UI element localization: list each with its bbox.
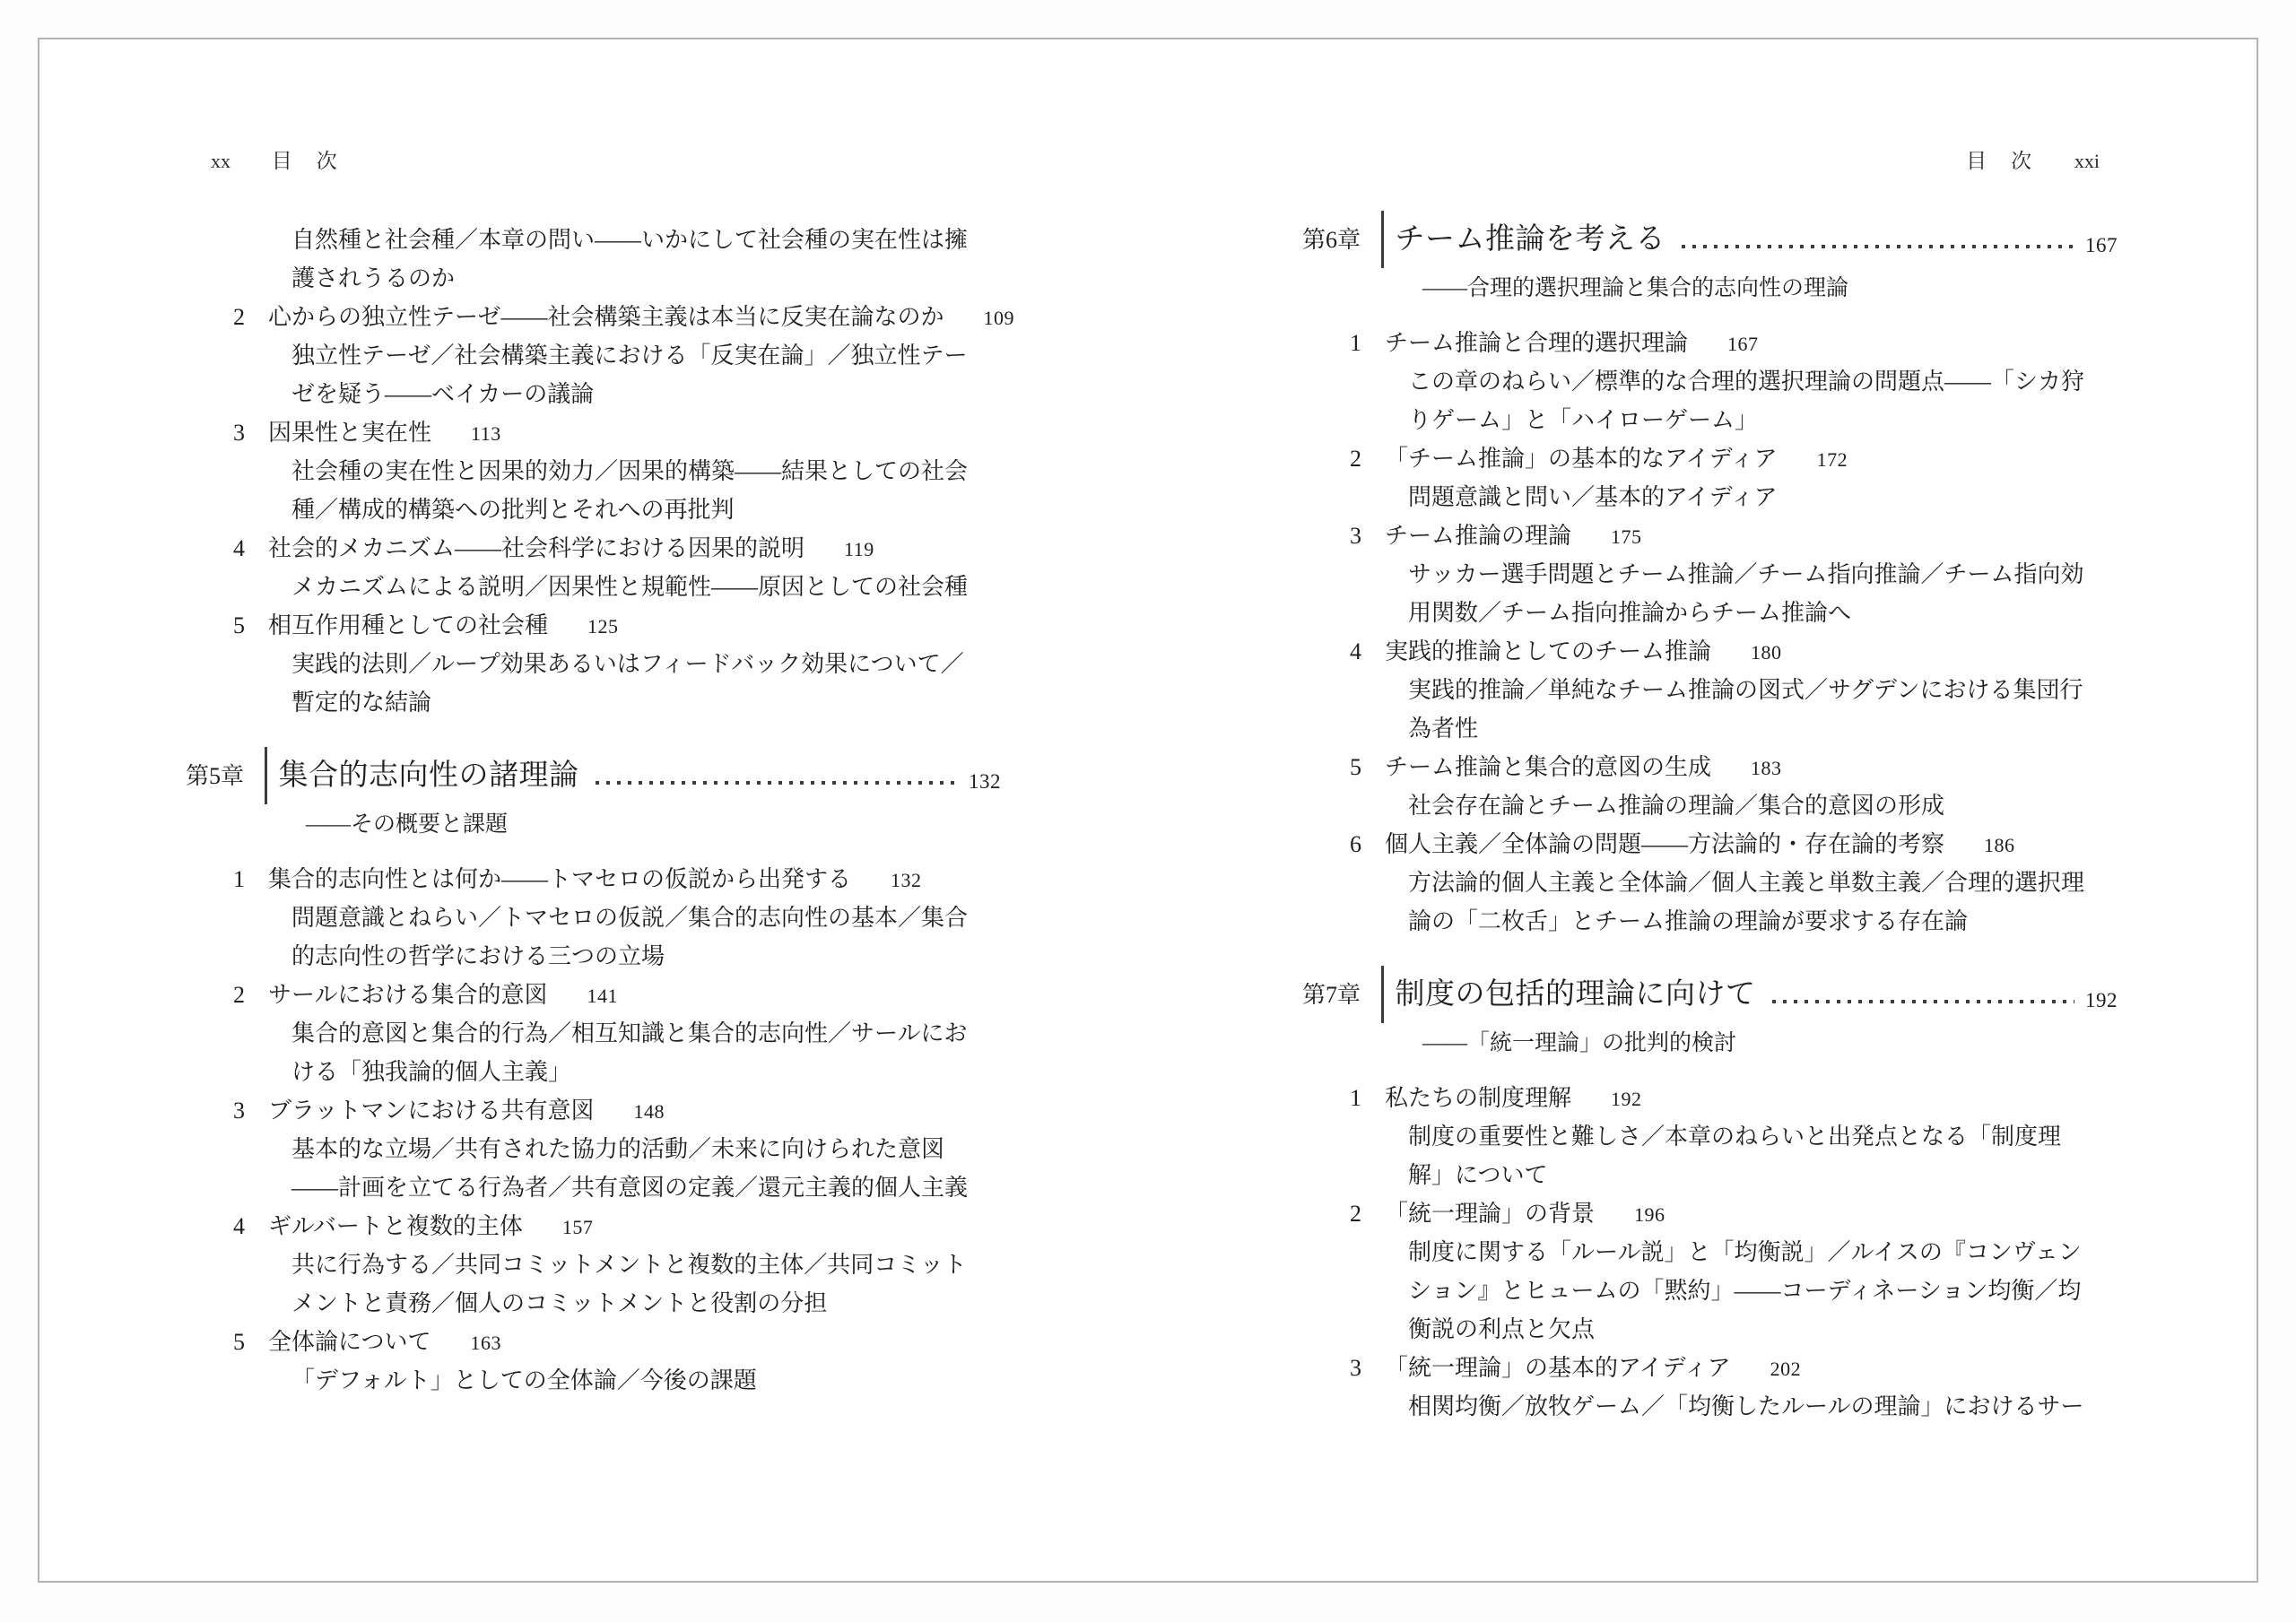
page-header-left: xx 目 次 — [186, 148, 1024, 175]
toc-sub-entry: メントと責務／個人のコミットメントと役割の分担 — [186, 1284, 1024, 1323]
item-number: 4 — [233, 1207, 268, 1245]
item-page-number: 196 — [1634, 1203, 1665, 1226]
item-number: 5 — [233, 1323, 268, 1361]
item-title: 社会的メカニズム——社会科学における因果的説明 — [268, 535, 804, 561]
sub-entry-text: この章のねらい／標準的な合理的選択理論の問題点——「シカ狩 — [1408, 369, 2084, 395]
toc-item: 1集合的志向性とは何か——トマセロの仮説から出発する132 — [186, 860, 1024, 898]
toc-sub-entry: 自然種と社会種／本章の問い——いかにして社会種の実在性は擁 — [186, 221, 1024, 259]
toc-item: 2「チーム推論」の基本的なアイディア172 — [1302, 439, 2141, 478]
item-title: ギルバートと複数的主体 — [268, 1213, 523, 1239]
item-page-number: 119 — [844, 538, 874, 560]
toc-sub-entry: りゲーム」と「ハイローゲーム」 — [1302, 401, 2141, 439]
sub-entry-text: 暫定的な結論 — [291, 690, 431, 716]
item-title: 全体論について — [268, 1329, 430, 1355]
toc-sub-entry: 集合的意図と集合的行為／相互知識と集合的志向性／サールにお — [186, 1014, 1024, 1053]
item-title: 私たちの制度理解 — [1385, 1085, 1571, 1111]
toc-item: 2心からの独立性テーゼ——社会構築主義は本当に反実在論なのか109 — [186, 298, 1024, 336]
dot-leader — [596, 781, 959, 785]
toc-item: 4ギルバートと複数的主体157 — [186, 1207, 1024, 1245]
item-title: サールにおける集合的意図 — [268, 982, 547, 1008]
toc-sub-entry: 社会存在論とチーム推論の理論／集合的意図の形成 — [1302, 786, 2141, 825]
toc-sub-entry: 制度の重要性と難しさ／本章のねらいと出発点となる「制度理 — [1302, 1117, 2141, 1156]
item-number: 4 — [233, 529, 268, 568]
item-number: 5 — [1350, 748, 1385, 786]
chapter-page-number: 192 — [2085, 981, 2118, 1020]
chapter-title: 制度の包括的理論に向けて — [1396, 976, 1756, 1014]
toc-sub-entry: 方法論的個人主義と全体論／個人主義と単数主義／合理的選択理 — [1302, 864, 2141, 902]
sub-entry-text: 実践的法則／ループ効果あるいはフィードバック効果について／ — [291, 651, 964, 677]
item-page-number: 175 — [1611, 525, 1642, 548]
item-number: 3 — [233, 413, 268, 452]
item-page-number: 192 — [1611, 1088, 1642, 1110]
toc-sub-entry: ゼを疑う——ベイカーの議論 — [186, 375, 1024, 413]
item-title: 「統一理論」の基本的アイディア — [1385, 1355, 1731, 1381]
toc-sub-entry: 的志向性の哲学における三つの立場 — [186, 937, 1024, 976]
item-number: 4 — [1350, 632, 1385, 671]
item-page-number: 141 — [587, 985, 618, 1007]
item-page-number: 113 — [471, 422, 501, 445]
book-spread: xx 目 次 自然種と社会種／本章の問い——いかにして社会種の実在性は擁護されう… — [0, 0, 2296, 1623]
sub-entry-text: 的志向性の哲学における三つの立場 — [291, 943, 665, 969]
toc-sub-entry: ける「独我論的個人主義」 — [186, 1053, 1024, 1091]
chapter-heading: 第7章制度の包括的理論に向けて192 — [1302, 966, 2141, 1023]
toc-sub-entry: 「デフォルト」としての全体論／今後の課題 — [186, 1361, 1024, 1400]
chapter-heading: 第6章チーム推論を考える167 — [1302, 211, 2141, 268]
sub-entry-text: 問題意識と問い／基本的アイディア — [1408, 484, 1778, 510]
sub-entry-text: 為者性 — [1408, 716, 1478, 742]
page-header-right: 目 次 xxi — [1302, 148, 2141, 175]
toc-item: 2サールにおける集合的意図141 — [186, 976, 1024, 1014]
chapter-heading: 第5章集合的志向性の諸理論132 — [186, 747, 1024, 804]
item-page-number: 109 — [983, 307, 1014, 329]
toc-item: 3チーム推論の理論175 — [1302, 516, 2141, 555]
toc-sub-entry: 実践的推論／単純なチーム推論の図式／サグデンにおける集団行 — [1302, 671, 2141, 709]
toc-sub-entry: 相関均衡／放牧ゲーム／「均衡したルールの理論」におけるサー — [1302, 1387, 2141, 1426]
toc-sub-entry: 衡説の利点と欠点 — [1302, 1310, 2141, 1349]
item-number: 1 — [1350, 1079, 1385, 1117]
item-page-number: 132 — [891, 869, 922, 891]
chapter-number-label: 第7章 — [1302, 976, 1381, 1014]
sub-entry-text: ゼを疑う——ベイカーの議論 — [291, 381, 594, 407]
dot-leader — [1682, 245, 2074, 248]
chapter-subtitle: ——「統一理論」の批判的検討 — [1302, 1023, 2141, 1064]
sub-entry-text: 社会種の実在性と因果的効力／因果的構築——結果としての社会 — [291, 458, 968, 484]
toc-item: 5全体論について163 — [186, 1323, 1024, 1361]
toc-entries-left: 自然種と社会種／本章の問い——いかにして社会種の実在性は擁護されうるのか2心から… — [186, 221, 1024, 1400]
item-title: チーム推論の理論 — [1385, 523, 1571, 549]
sub-entry-text: 護されうるのか — [291, 265, 455, 291]
sub-entry-text: 論の「二枚舌」とチーム推論の理論が要求する存在論 — [1408, 908, 1968, 934]
toc-item: 4社会的メカニズム——社会科学における因果的説明119 — [186, 529, 1024, 568]
toc-item: 3因果性と実在性113 — [186, 413, 1024, 452]
item-number: 2 — [233, 298, 268, 336]
item-page-number: 157 — [562, 1216, 594, 1238]
item-title: 個人主義／全体論の問題——方法論的・存在論的考察 — [1385, 831, 1944, 857]
toc-item: 5相互作用種としての社会種125 — [186, 606, 1024, 645]
toc-item: 1チーム推論と合理的選択理論167 — [1302, 324, 2141, 362]
item-number: 3 — [1350, 1349, 1385, 1387]
item-page-number: 183 — [1751, 757, 1782, 779]
item-page-number: 186 — [1984, 834, 2015, 856]
toc-page-left: xx 目 次 自然種と社会種／本章の問い——いかにして社会種の実在性は擁護されう… — [186, 148, 1024, 1400]
sub-entry-text: 集合的意図と集合的行為／相互知識と集合的志向性／サールにお — [291, 1020, 967, 1046]
toc-item: 5チーム推論と集合的意図の生成183 — [1302, 748, 2141, 786]
chapter-subtitle: ——その概要と課題 — [186, 804, 1024, 846]
chapter-number-label: 第6章 — [1302, 221, 1381, 259]
sub-entry-text: 用関数／チーム指向推論からチーム推論へ — [1408, 600, 1851, 626]
item-number: 3 — [233, 1091, 268, 1130]
chapter-divider-bar — [1381, 211, 1384, 268]
item-title: 「統一理論」の背景 — [1385, 1201, 1595, 1227]
item-title: 因果性と実在性 — [268, 420, 431, 446]
item-number: 3 — [1350, 516, 1385, 555]
item-page-number: 172 — [1817, 448, 1848, 471]
item-number: 6 — [1350, 825, 1385, 864]
item-number: 2 — [233, 976, 268, 1014]
chapter-subtitle-text: ——その概要と課題 — [306, 812, 508, 837]
item-title: チーム推論と合理的選択理論 — [1385, 330, 1688, 356]
item-page-number: 148 — [633, 1100, 665, 1123]
toc-sub-entry: 用関数／チーム指向推論からチーム推論へ — [1302, 594, 2141, 632]
item-title: 集合的志向性とは何か——トマセロの仮説から出発する — [268, 866, 851, 892]
toc-entries-right: 第6章チーム推論を考える167——合理的選択理論と集合的志向性の理論1チーム推論… — [1302, 211, 2141, 1426]
toc-sub-entry: 種／構成的構築への批判とそれへの再批判 — [186, 490, 1024, 529]
folio-number: xx — [211, 150, 230, 172]
item-title: チーム推論と集合的意図の生成 — [1385, 754, 1711, 780]
sub-entry-text: 自然種と社会種／本章の問い——いかにして社会種の実在性は擁 — [291, 227, 968, 253]
toc-sub-entry: 為者性 — [1302, 709, 2141, 748]
chapter-subtitle-text: ——「統一理論」の批判的検討 — [1422, 1031, 1736, 1055]
toc-sub-entry: 暫定的な結論 — [186, 683, 1024, 722]
toc-sub-entry: 基本的な立場／共有された協力的活動／未来に向けられた意図 — [186, 1130, 1024, 1168]
sub-entry-text: 独立性テーゼ／社会構築主義における「反実在論」／独立性テー — [291, 343, 967, 369]
sub-entry-text: 「デフォルト」としての全体論／今後の課題 — [291, 1367, 757, 1393]
chapter-title: 集合的志向性の諸理論 — [279, 757, 579, 795]
toc-sub-entry: ション』とヒュームの「黙約」——コーディネーション均衡／均 — [1302, 1271, 2141, 1310]
chapter-divider-bar — [1381, 966, 1384, 1023]
item-page-number: 163 — [470, 1332, 501, 1354]
toc-item: 3「統一理論」の基本的アイディア202 — [1302, 1349, 2141, 1387]
sub-entry-text: メカニズムによる説明／因果性と規範性——原因としての社会種 — [291, 574, 968, 600]
toc-sub-entry: 論の「二枚舌」とチーム推論の理論が要求する存在論 — [1302, 902, 2141, 941]
chapter-subtitle: ——合理的選択理論と集合的志向性の理論 — [1302, 268, 2141, 309]
item-page-number: 125 — [587, 615, 619, 638]
toc-sub-entry: メカニズムによる説明／因果性と規範性——原因としての社会種 — [186, 568, 1024, 606]
toc-sub-entry: ——計画を立てる行為者／共有意図の定義／還元主義的個人主義 — [186, 1168, 1024, 1207]
header-title: 目 次 — [1966, 150, 2033, 172]
sub-entry-text: サッカー選手問題とチーム推論／チーム指向推論／チーム指向効 — [1408, 561, 2083, 587]
sub-entry-text: 衡説の利点と欠点 — [1408, 1316, 1595, 1342]
item-number: 1 — [233, 860, 268, 898]
chapter-page-number: 167 — [2085, 226, 2118, 265]
sub-entry-text: ション』とヒュームの「黙約」——コーディネーション均衡／均 — [1408, 1278, 2081, 1304]
sub-entry-text: 方法論的個人主義と全体論／個人主義と単数主義／合理的選択理 — [1408, 870, 2084, 896]
sub-entry-text: 制度に関する「ルール説」と「均衡説」／ルイスの『コンヴェン — [1408, 1239, 2082, 1265]
chapter-number-label: 第5章 — [186, 757, 265, 795]
item-number: 1 — [1350, 324, 1385, 362]
toc-sub-entry: この章のねらい／標準的な合理的選択理論の問題点——「シカ狩 — [1302, 362, 2141, 401]
item-number: 5 — [233, 606, 268, 645]
toc-item: 6個人主義／全体論の問題——方法論的・存在論的考察186 — [1302, 825, 2141, 864]
toc-sub-entry: 問題意識と問い／基本的アイディア — [1302, 478, 2141, 516]
item-title: 「チーム推論」の基本的なアイディア — [1385, 446, 1778, 472]
sub-entry-text: 種／構成的構築への批判とそれへの再批判 — [291, 497, 734, 523]
sub-entry-text: 基本的な立場／共有された協力的活動／未来に向けられた意図 — [291, 1136, 944, 1162]
sub-entry-text: 制度の重要性と難しさ／本章のねらいと出発点となる「制度理 — [1408, 1124, 2061, 1150]
toc-page-right: 目 次 xxi 第6章チーム推論を考える167——合理的選択理論と集合的志向性の… — [1302, 148, 2141, 1426]
dot-leader — [1772, 1000, 2075, 1003]
toc-item: 4実践的推論としてのチーム推論180 — [1302, 632, 2141, 671]
sub-entry-text: ける「独我論的個人主義」 — [291, 1059, 571, 1085]
item-title: 心からの独立性テーゼ——社会構築主義は本当に反実在論なのか — [268, 304, 944, 330]
toc-sub-entry: 護されうるのか — [186, 259, 1024, 298]
toc-item: 3ブラットマンにおける共有意図148 — [186, 1091, 1024, 1130]
page-sheet: xx 目 次 自然種と社会種／本章の問い——いかにして社会種の実在性は擁護されう… — [38, 38, 2258, 1583]
toc-sub-entry: 共に行為する／共同コミットメントと複数的主体／共同コミット — [186, 1245, 1024, 1284]
sub-entry-text: 共に行為する／共同コミットメントと複数的主体／共同コミット — [291, 1252, 967, 1278]
item-number: 2 — [1350, 439, 1385, 478]
toc-item: 2「統一理論」の背景196 — [1302, 1194, 2141, 1233]
sub-entry-text: 実践的推論／単純なチーム推論の図式／サグデンにおける集団行 — [1408, 677, 2083, 703]
chapter-divider-bar — [265, 747, 267, 804]
chapter-subtitle-text: ——合理的選択理論と集合的志向性の理論 — [1422, 276, 1848, 300]
toc-item: 1私たちの制度理解192 — [1302, 1079, 2141, 1117]
toc-sub-entry: 独立性テーゼ／社会構築主義における「反実在論」／独立性テー — [186, 336, 1024, 375]
sub-entry-text: りゲーム」と「ハイローゲーム」 — [1408, 407, 1758, 433]
toc-sub-entry: 実践的法則／ループ効果あるいはフィードバック効果について／ — [186, 645, 1024, 683]
toc-sub-entry: 問題意識とねらい／トマセロの仮説／集合的志向性の基本／集合 — [186, 898, 1024, 937]
sub-entry-text: 問題意識とねらい／トマセロの仮説／集合的志向性の基本／集合 — [291, 905, 968, 931]
sub-entry-text: ——計画を立てる行為者／共有意図の定義／還元主義的個人主義 — [291, 1175, 968, 1201]
sub-entry-text: 相関均衡／放牧ゲーム／「均衡したルールの理論」におけるサー — [1408, 1393, 2083, 1419]
item-title: 実践的推論としてのチーム推論 — [1385, 638, 1711, 664]
chapter-title: チーム推論を考える — [1396, 221, 1666, 259]
item-page-number: 180 — [1751, 641, 1782, 664]
header-title: 目 次 — [272, 150, 339, 172]
toc-sub-entry: 社会種の実在性と因果的効力／因果的構築——結果としての社会 — [186, 452, 1024, 490]
toc-sub-entry: 制度に関する「ルール説」と「均衡説」／ルイスの『コンヴェン — [1302, 1233, 2141, 1271]
item-title: 相互作用種としての社会種 — [268, 612, 548, 638]
toc-sub-entry: 解」について — [1302, 1156, 2141, 1194]
item-title: ブラットマンにおける共有意図 — [268, 1098, 594, 1124]
sub-entry-text: メントと責務／個人のコミットメントと役割の分担 — [291, 1290, 827, 1316]
sub-entry-text: 解」について — [1408, 1162, 1547, 1188]
sub-entry-text: 社会存在論とチーム推論の理論／集合的意図の形成 — [1408, 793, 1944, 819]
toc-sub-entry: サッカー選手問題とチーム推論／チーム指向推論／チーム指向効 — [1302, 555, 2141, 594]
item-number: 2 — [1350, 1194, 1385, 1233]
chapter-page-number: 132 — [969, 762, 1001, 801]
folio-number: xxi — [2074, 150, 2100, 172]
item-page-number: 167 — [1727, 333, 1759, 355]
item-page-number: 202 — [1770, 1358, 1802, 1380]
